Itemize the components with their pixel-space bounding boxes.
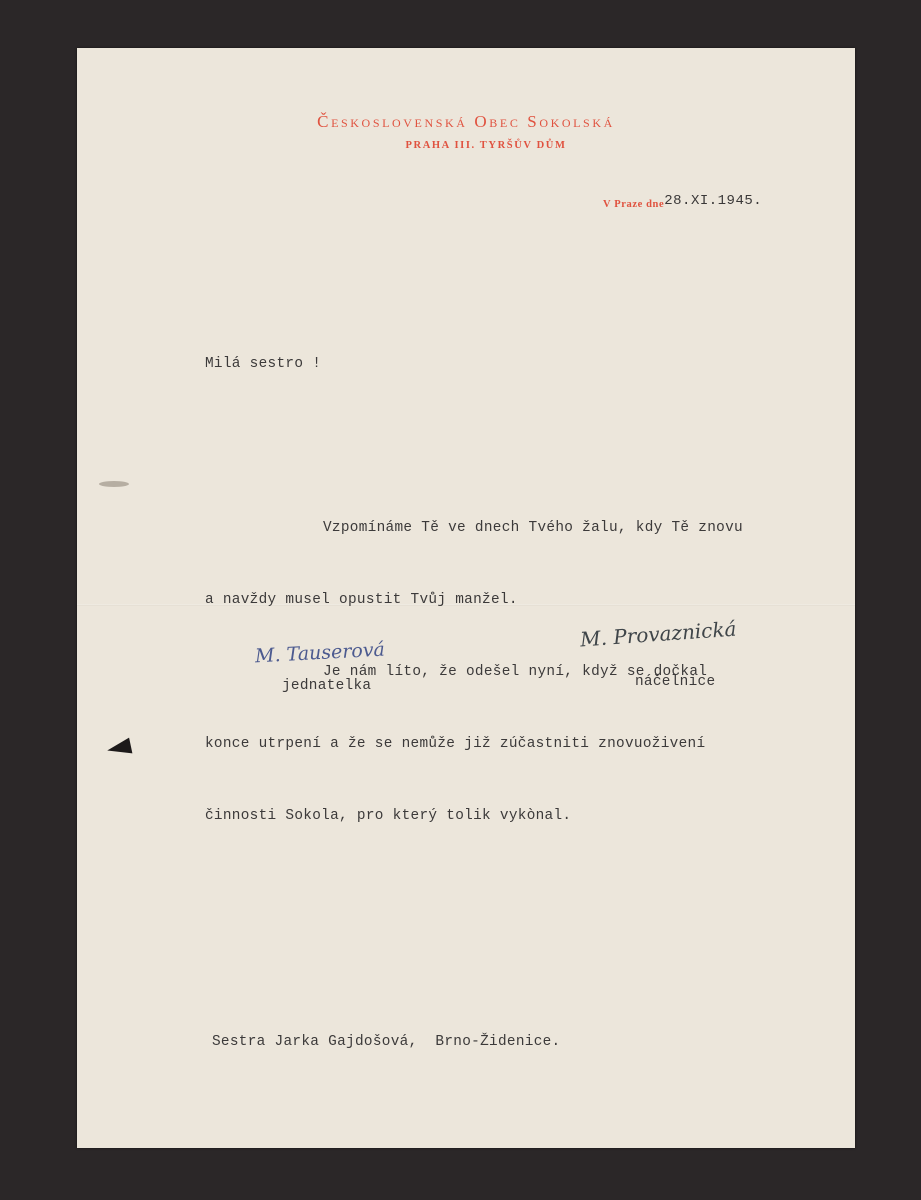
punch-hole-top xyxy=(99,481,129,487)
role-chief: náčelnice xyxy=(635,674,715,690)
dateline: V Praze dne28.XI.1945. xyxy=(603,194,762,212)
salutation: Milá sestro ! xyxy=(205,356,321,372)
letter-body: Vzpomínáme Tě ve dnech Tvého žalu, kdy T… xyxy=(205,468,743,876)
recipient-line: Sestra Jarka Gajdošová, Brno-Židenice. xyxy=(212,1034,561,1050)
body-line: činnosti Sokola, pro který tolik vykònal… xyxy=(205,804,743,828)
dateline-date: 28.XI.1945. xyxy=(664,193,762,209)
dateline-place: V Praze dne xyxy=(603,199,664,210)
letterhead-organization: Československá Obec Sokolská xyxy=(77,112,855,132)
punch-hole-bottom xyxy=(106,738,133,759)
body-line: a navždy musel opustit Tvůj manžel. xyxy=(205,588,743,612)
role-secretary: jednatelka xyxy=(282,678,371,694)
body-line: Vzpomínáme Tě ve dnech Tvého žalu, kdy T… xyxy=(205,516,743,540)
letter-paper: Československá Obec Sokolská PRAHA III. … xyxy=(77,48,855,1148)
letterhead-address: PRAHA III. TYRŠŮV DŮM xyxy=(77,140,855,151)
body-line: konce utrpení a že se nemůže již zúčastn… xyxy=(205,732,743,756)
